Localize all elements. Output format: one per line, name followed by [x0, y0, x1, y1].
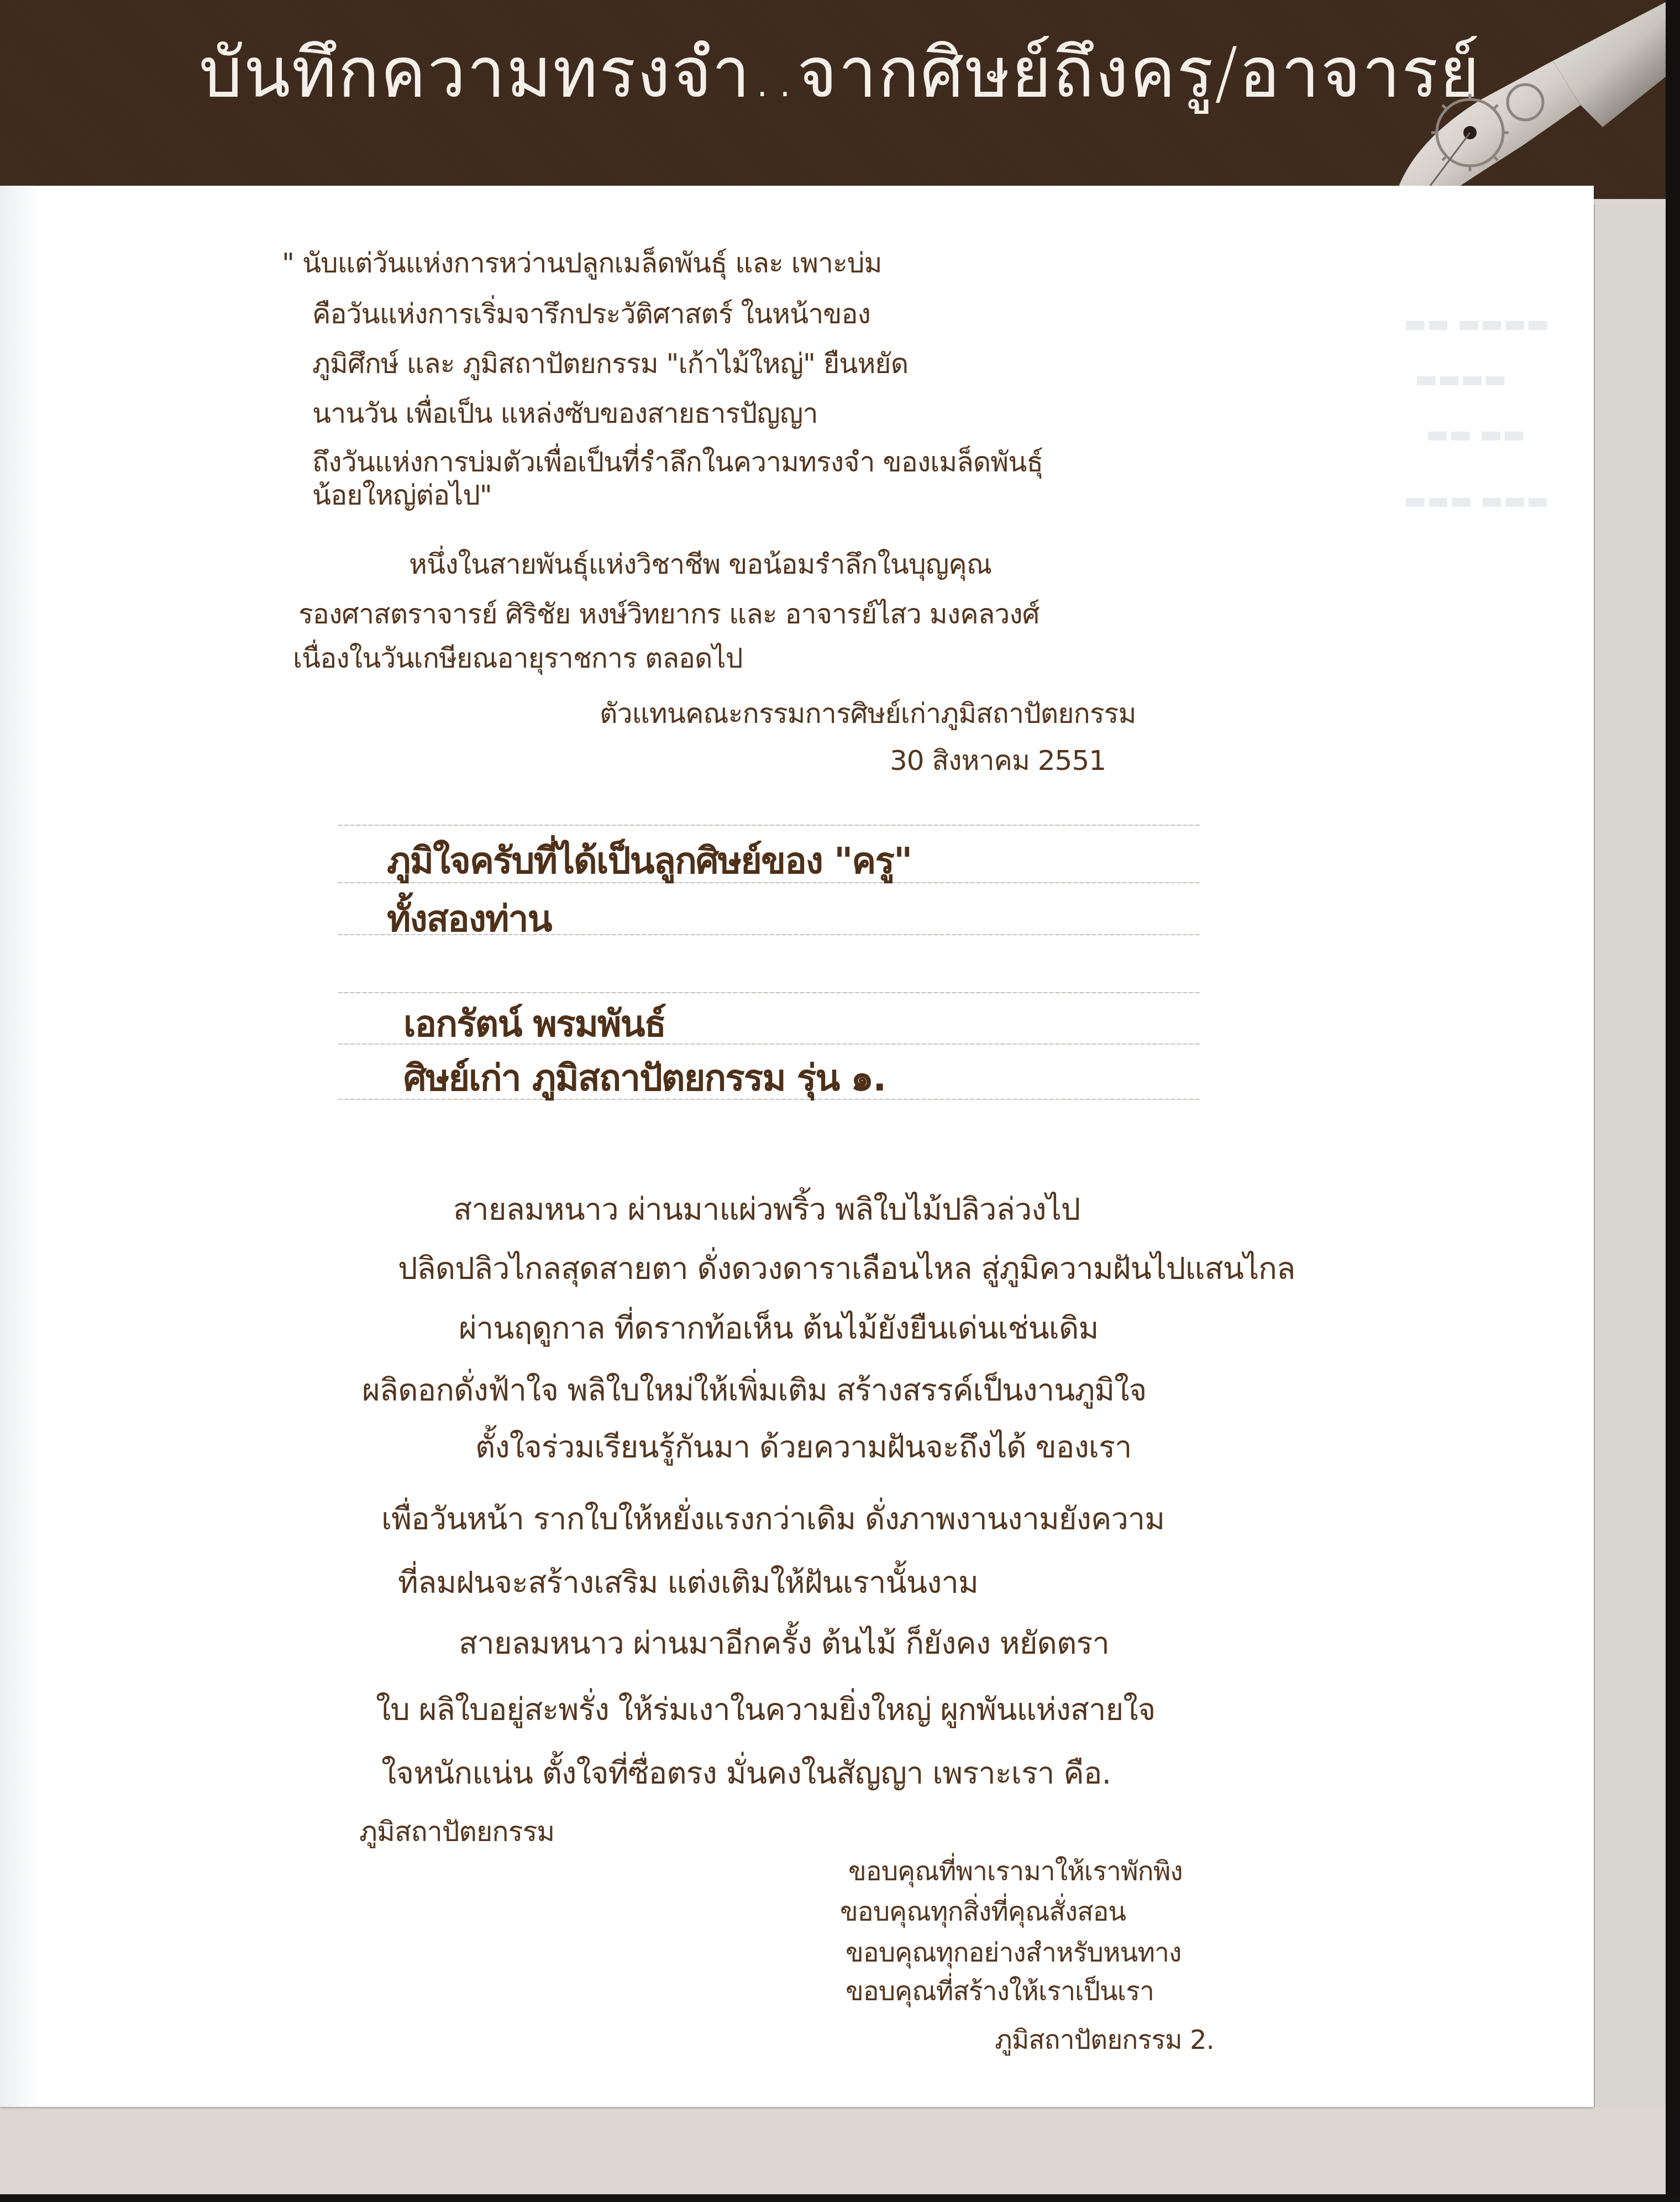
note-date: 30 สิงหาคม 2551 — [890, 735, 1106, 786]
bottom-margin — [0, 2107, 1666, 2195]
committee-signature: ตัวแทนคณะกรรมการศิษย์เก่าภูมิสถาปัตยกรรม — [600, 688, 1136, 739]
facing-page-margin — [1594, 205, 1667, 2111]
poem-line: สายลมหนาว ผ่านมาอีกครั้ง ต้นไม้ ก็ยังคง … — [459, 1608, 1109, 1679]
thanks-line: ขอบคุณที่สร้างให้เราเป็นเรา — [846, 1969, 1154, 2014]
poem-line: ใบ ผลิใบอยู่สะพรั่ง ให้ร่มเงาในความยิ่งใ… — [376, 1675, 1155, 1745]
poem-line: ที่ลมฝนจะสร้างเสริม แต่งเติมให้ฝันเรานั้… — [398, 1548, 978, 1618]
feature-heading: ทั้งสองท่าน — [387, 890, 552, 948]
note-line: นานวัน เพื่อเป็น แหล่งซับของสายธารปัญญา — [312, 388, 817, 439]
poem-signature: ภูมิสถาปัตยกรรม 2. — [995, 2017, 1214, 2063]
bleed-through-text: ▬▬ ▬▬▬▬ — [1404, 310, 1549, 338]
dedication-line: เนื่องในวันเกษียณอายุราชการ ตลอดไป — [293, 633, 742, 684]
author-role: ศิษย์เก่า ภูมิสถาปัตยกรรม รุ่น ๑. — [403, 1049, 885, 1107]
note-line: " นับแต่วันแห่งการหว่านปลูกเมล็ดพันธุ์ แ… — [282, 238, 882, 289]
note-line: คือวันแห่งการเริ่มจารึกประวัติศาสตร์ ในห… — [312, 289, 870, 339]
bleed-through-text: ▬▬ ▬▬ — [1426, 420, 1525, 448]
ruled-line — [338, 992, 1200, 993]
fountain-pen-icon — [1293, 0, 1680, 199]
page-title: บันทึกความทรงจำ..จากศิษย์ถึงครู/อาจารย์ — [199, 29, 1481, 117]
bleed-through-text: ▬▬▬▬ — [1415, 365, 1506, 393]
feature-heading: ภูมิใจครับที่ได้เป็นลูกศิษย์ของ "ครู" — [387, 832, 911, 890]
dedication-line: หนึ่งในสายพันธุ์แห่งวิชาชีพ ขอน้อมรำลึกใ… — [409, 539, 991, 590]
thanks-line: ขอบคุณที่พาเรามาให้เราพักพิง — [848, 1849, 1183, 1894]
poem-line: ภูมิสถาปัตยกรรม — [359, 1806, 554, 1857]
note-line: ภูมิศึกษ์ และ ภูมิสถาปัตยกรรม "เก้าไม้ให… — [312, 338, 908, 389]
bleed-through-text: ▬▬▬ ▬▬▬ — [1404, 486, 1549, 515]
thanks-line: ขอบคุณทุกสิ่งที่คุณสั่งสอน — [840, 1889, 1126, 1934]
note-line: น้อยใหญ่ต่อไป" — [312, 470, 492, 521]
dedication-line: รองศาสตราจารย์ ศิริชัย หงษ์วิทยากร และ อ… — [298, 589, 1039, 639]
poem-line: ตั้งใจร่วมเรียนรู้กันมา ด้วยความฝันจะถึง… — [475, 1412, 1131, 1483]
poem-line: เพื่อวันหน้า รากใบให้หยั่งแรงกว่าเดิม ดั… — [381, 1484, 1164, 1555]
poem-line: ผ่านฤดูกาล ที่ดรากท้อเห็น ต้นไม้ยังยืนเด… — [459, 1293, 1098, 1364]
ruled-line — [338, 825, 1200, 826]
scan-edge-bottom — [0, 2194, 1680, 2202]
scan-edge — [1666, 0, 1680, 2202]
author-name: เอกรัตน์ พรมพันธ์ — [403, 995, 665, 1053]
paper-shadow — [0, 186, 39, 2107]
poem-line: ใจหนักแน่น ตั้งใจที่ซื่อตรง มั่นคงในสัญญ… — [381, 1738, 1111, 1809]
